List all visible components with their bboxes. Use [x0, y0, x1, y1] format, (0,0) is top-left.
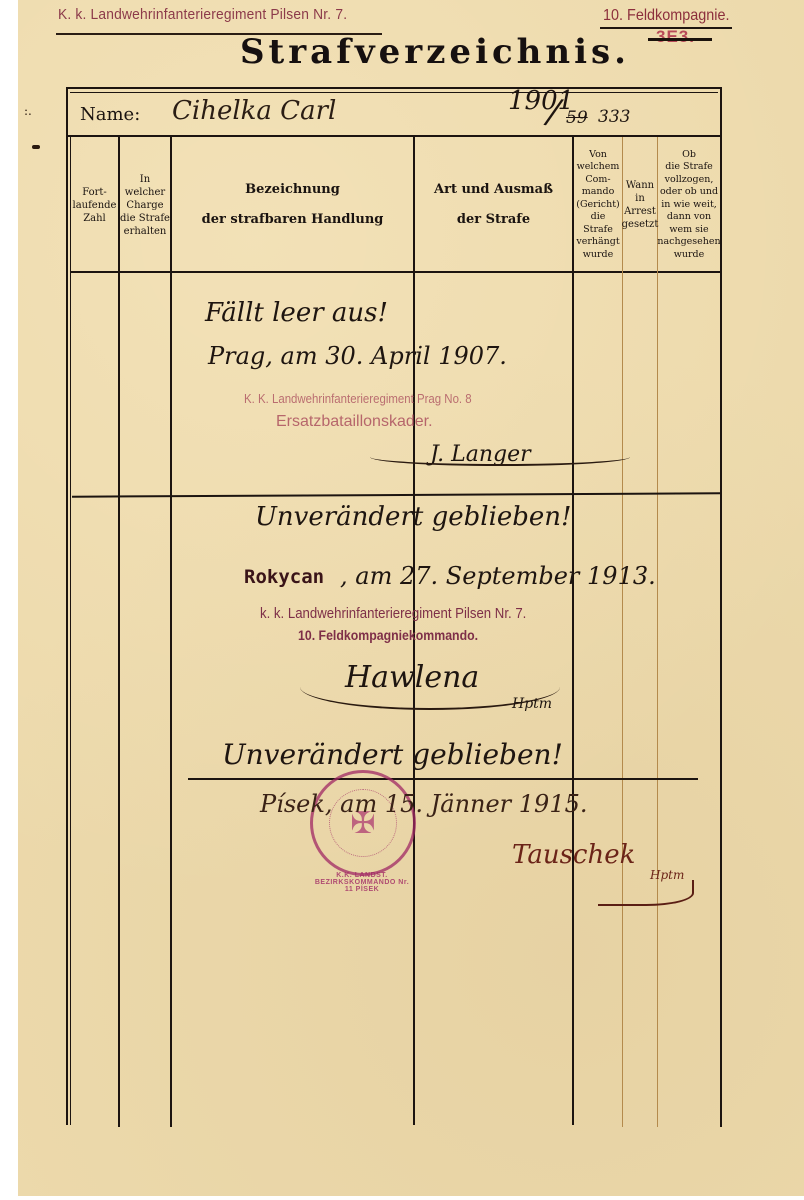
register-number: 333 [598, 107, 630, 127]
regiment-stamp-top: K. k. Landwehrinfanterieregiment Pilsen … [58, 6, 347, 23]
name-row-bottom [66, 135, 722, 137]
signature-rank: Hptm [512, 696, 552, 712]
header-rank: In welcher Charge die Strafe erhalten [120, 140, 170, 270]
col-line [70, 137, 71, 1125]
table-inner-top [70, 92, 718, 93]
entry-text: Unverändert geblieben! [255, 502, 572, 532]
table-border-top [66, 87, 722, 89]
company-stamp-top: 10. Feldkompagnie. [603, 7, 729, 25]
strike-rule [648, 38, 712, 41]
table-border-left [66, 87, 68, 1125]
col-line [572, 137, 574, 1125]
header-command: Von welchem Com- mando (Gericht) die Str… [574, 140, 622, 270]
margin-ink-dots: :. [24, 106, 32, 116]
struck-number: 59 [566, 108, 588, 128]
header-arrest-date: Wann in Arrest gesetzt [623, 140, 657, 270]
name-label: Name: [80, 104, 140, 125]
stamp-line: K. K. Landwehrinfanterieregiment Prag No… [244, 391, 472, 406]
header-offense: Bezeichnung der strafbaren Handlung [172, 140, 413, 270]
birth-year: 1901 [508, 86, 574, 116]
entry-place-date: Písek, am 15. Jänner 1915. [260, 790, 588, 818]
place-stamp: Rokycan [244, 566, 324, 588]
seal-text: K.K. LANDST. BEZIRKSKOMMANDO Nr. 11 PÍSE… [312, 872, 412, 893]
entry-date: , am 27. September 1913. [340, 562, 656, 590]
col-line [118, 137, 120, 1127]
entry-divider [188, 778, 698, 780]
entry-text: Fällt leer aus! [205, 298, 388, 328]
entry-place-date: Prag, am 30. April 1907. [208, 342, 507, 370]
signature-flourish [370, 448, 630, 466]
col-line-thin [622, 137, 623, 1127]
document-title: Strafverzeichnis. [240, 32, 630, 72]
margin-ink-mark [32, 145, 40, 149]
signature-flourish [598, 880, 694, 906]
entry-text: Unverändert geblieben! [222, 738, 563, 771]
header-execution: Ob die Strafe vollzogen, oder ob und in … [658, 140, 720, 270]
col-line-thin [657, 137, 658, 1127]
stamp-line: k. k. Landwehrinfanterieregiment Pilsen … [260, 605, 526, 622]
name-value: Cihelka Carl [172, 96, 336, 126]
header-row-bottom [70, 271, 722, 273]
stamp-line: 10. Feldkompagniekommando. [298, 627, 478, 643]
header-penalty: Art und Ausmaß der Strafe [415, 140, 572, 270]
official-seal: ✠ [310, 770, 416, 876]
header-running-number: Fort- laufende Zahl [71, 140, 118, 270]
stamp-line: Ersatzbataillonskader. [276, 413, 433, 431]
signature: Tauschek [512, 840, 635, 870]
col-line [170, 137, 172, 1127]
